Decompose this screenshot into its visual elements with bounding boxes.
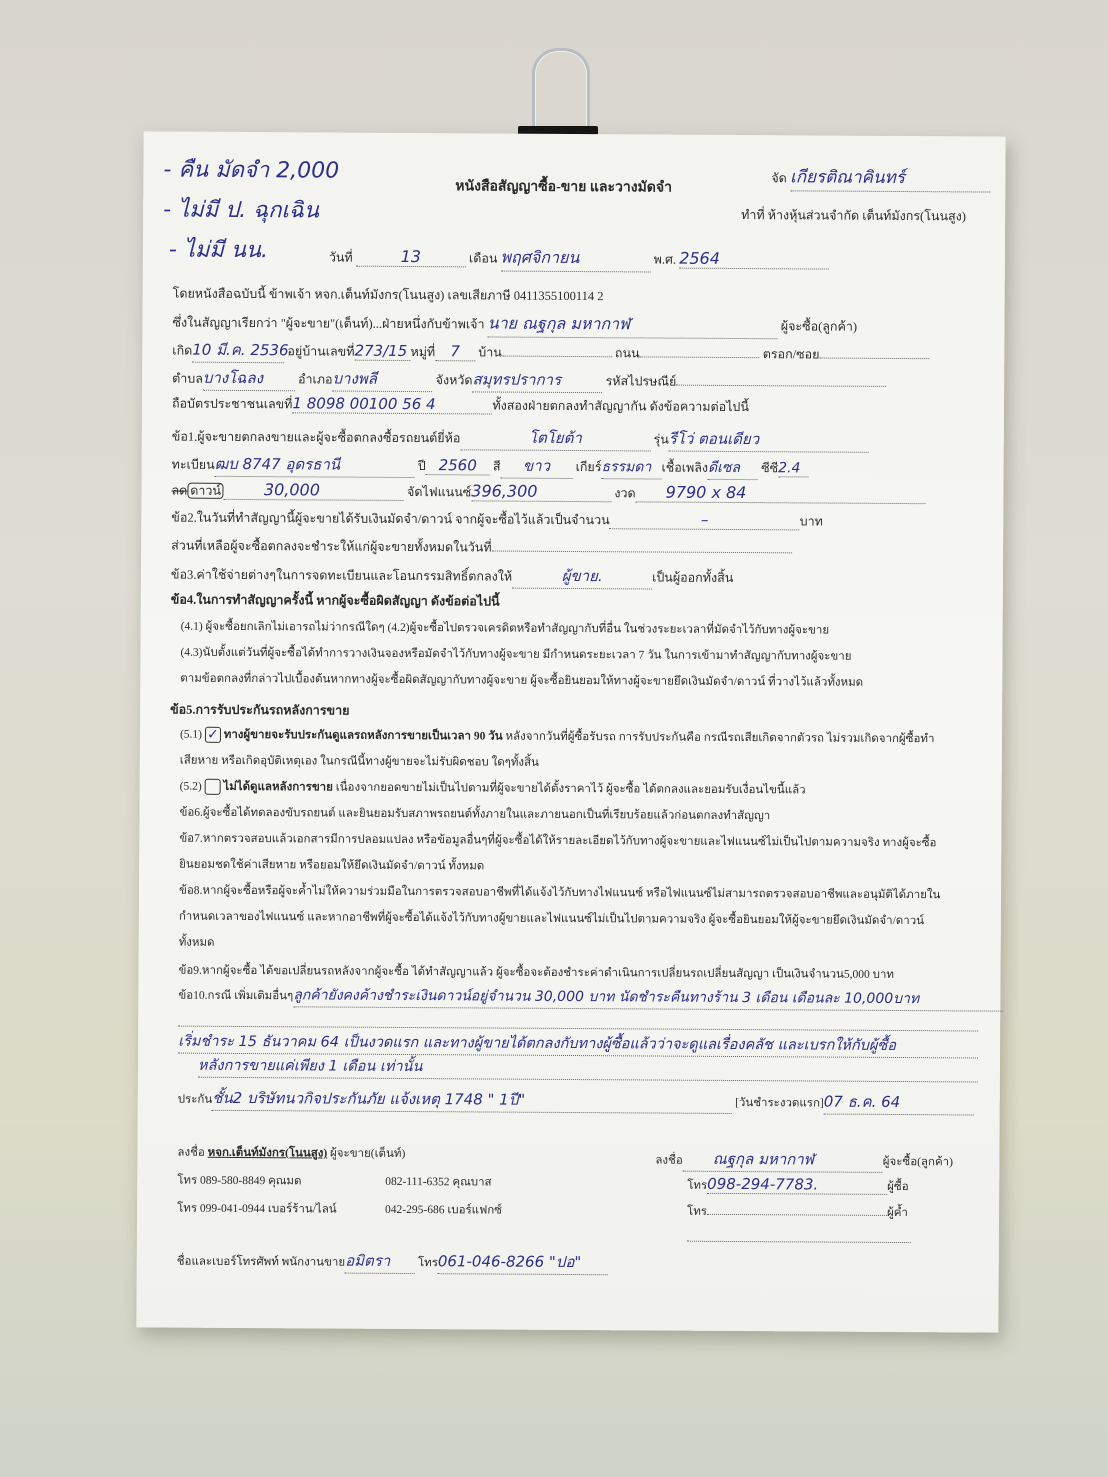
postal-label: รหัสไปรษณีย์ xyxy=(606,374,677,388)
handwritten-note-2: - ไม่มี ป. ฉุกเฉิน xyxy=(163,191,319,227)
day-label: วันที่ xyxy=(329,251,353,265)
village-label: บ้าน xyxy=(478,345,502,359)
seller-sign-label: ลงชื่อ xyxy=(177,1147,204,1159)
no-warranty-checkbox[interactable] xyxy=(205,779,221,795)
model-value: รีโว่ ตอนเดียว xyxy=(669,427,869,453)
opt1-bold-text: ทางผู้ขายจะรับประกันดูแลรถหลังการขายเป็น… xyxy=(224,729,503,743)
document-title: หนังสือสัญญาซื้อ-ขาย และวางมัดจำ xyxy=(455,175,672,198)
color-value: ขาว xyxy=(500,454,572,479)
district-value: บางพลี xyxy=(332,367,432,393)
remaining-text: ส่วนที่เหลือผู้จะซื้อตกลงจะชำระให้แก่ผู้… xyxy=(171,539,492,555)
reg-value: ฒบ 8747 อุดรธานี xyxy=(215,452,415,478)
clause1-line1: ข้อ1.ผู้จะขายตกลงขายและผู้จะซื้อตกลงซื้อ… xyxy=(172,424,869,453)
province-value: สมุทรปราการ xyxy=(472,367,602,393)
reg-label: ทะเบียน xyxy=(172,458,215,472)
opt2-bold-text: ไม่ได้ดูแลหลังการขาย xyxy=(223,781,333,794)
date-row: วันที่ 13 เดือน พฤศจิกายน พ.ศ. 2564 xyxy=(329,245,829,274)
fuel-label: เชื้อเพลิง xyxy=(661,461,708,475)
salesperson-tel-value: 061-046-8266 "ปอ" xyxy=(438,1249,608,1275)
installment-label: งวด xyxy=(614,486,635,500)
guarantor-tel-label: โทร xyxy=(687,1206,707,1218)
first-due-value: 07 ธ.ค. 64 xyxy=(824,1090,974,1116)
house-label: อยู่บ้านเลขที่ xyxy=(287,344,354,358)
clause1-line2: ทะเบียนฒบ 8747 อุดรธานี ปี2560 สีขาว เกี… xyxy=(172,452,809,481)
guarantor-tel-value xyxy=(707,1214,887,1216)
born-label: เกิด xyxy=(172,344,192,358)
seller-label: ซึ่งในสัญญาเรียกว่า "ผู้จะขาย"(เต็นท์)..… xyxy=(172,316,484,332)
clause3-text: ข้อ3.ค่าใช้จ่ายต่างๆในการจดทะเบียนและโอน… xyxy=(171,568,512,584)
brand-value: โตโยต้า xyxy=(460,425,650,451)
buyer-sign-role: ผู้จะซื้อ(ลูกค้า) xyxy=(883,1156,953,1168)
first-due-label: [วันชำระงวดแรก] xyxy=(735,1097,824,1110)
buyer-tel-role: ผู้ซื้อ xyxy=(887,1181,909,1193)
clause5-title: ข้อ5.การรับประกันรถหลังการขาย xyxy=(170,700,349,721)
buyer-role-label: ผู้จะซื้อ(ลูกค้า) xyxy=(781,319,857,333)
buyer-signature: ลงชื่อณฐกุล มหากาฬผู้จะซื้อ(ลูกค้า) xyxy=(655,1147,953,1174)
warranty-option-90-days: (5.1) ✓ ทางผู้ขายจะรับประกันดูแลรถหลังกา… xyxy=(180,726,935,749)
opt1-text: หลังจากวันที่ผู้ซื้อรับรถ การรับประกันคื… xyxy=(503,731,935,746)
clause1-line3: ลดดาวน์30,000 จัดไฟแนนซ์396,300 งวด9790 … xyxy=(171,480,925,506)
salesperson-tel-label: โทร xyxy=(418,1257,438,1269)
clause3-suffix: เป็นผู้ออกทั้งสิ้น xyxy=(652,570,733,584)
clause10-note-3: หลังการขายแค่เพียง 1 เดือน เท่านั้น xyxy=(198,1054,978,1083)
down-payment-value: 30,000 xyxy=(224,480,404,501)
clause4-line: (4.1) ผู้จะซื้อยกเลิกไม่เอารถไม่ว่ากรณีใ… xyxy=(181,618,830,640)
clause6: ข้อ6.ผู้จะซื้อได้ทดลองขับรถยนต์ และยินยอ… xyxy=(179,804,770,826)
id-value: 1 8098 00100 56 4 xyxy=(292,394,492,414)
id-line: ถือบัตรประชาชนเลขที่1 8098 00100 56 4ทั้… xyxy=(172,394,749,418)
color-label: สี xyxy=(493,460,501,474)
down-payment-label: ดาวน์ xyxy=(187,483,224,499)
seller-contact-right-1: 082-111-6352 คุณบาส xyxy=(385,1173,491,1192)
seller-contact-left-2: โทร 099-041-0944 เบอร์ร้าน/ไลน์ xyxy=(177,1200,337,1219)
clause10-note-1: ลูกค้ายังคงค้างชำระเงินดาวน์อยู่จำนวน 30… xyxy=(293,984,1003,1011)
seller-contact-right-2: 042-295-686 เบอร์แฟกซ์ xyxy=(385,1201,502,1220)
clause4-title: ข้อ4.ในการทำสัญญาครั้งนี้ หากผู้จะซื้อผิ… xyxy=(171,590,500,612)
seller-name: หจก.เต็นท์มังกร(โนนสูง) xyxy=(208,1147,328,1160)
installment-value: 9790 x 84 xyxy=(636,482,926,504)
opt1-prefix: (5.1) xyxy=(180,729,202,741)
buyer-sign-value: ณฐกุล มหากาฬ xyxy=(683,1147,883,1173)
buyer-name: นาย ณฐกุล มหากาฬ xyxy=(488,311,778,339)
contract-paper: - คืน มัดจำ 2,000 - ไม่มี ป. ฉุกเฉิน - ไ… xyxy=(136,131,1005,1332)
salesperson-line: ชื่อและเบอร์โทรศัพท์ พนักงานขายอมิตรา โท… xyxy=(177,1248,608,1276)
deposit-value: – xyxy=(610,510,800,530)
guarantor-role: ผู้ค้ำ xyxy=(887,1207,908,1219)
fuel-value: ดีเซล xyxy=(708,457,758,480)
id-suffix: ทั้งสองฝ่ายตกลงทำสัญญากัน ดังข้อความต่อไ… xyxy=(492,399,749,415)
car-year-value: 2560 xyxy=(426,456,490,475)
clause2-line: ข้อ2.ในวันที่ทำสัญญานี้ผู้จะขายได้รับเงิ… xyxy=(171,508,823,532)
car-year-label: ปี xyxy=(418,459,426,473)
prepared-by-field: จัด เกียรติณาคินทร์ xyxy=(771,163,990,192)
moo-value: 7 xyxy=(435,342,475,361)
buyer-phone: โทร098-294-7783.ผู้ซื้อ xyxy=(687,1175,909,1196)
subdistrict-label: ตำบล xyxy=(172,372,203,386)
clause4-line: ตามข้อตกลงที่กล่าวไปเบื้องต้นหากทางผู้จะ… xyxy=(180,670,863,692)
subdistrict-value: บางโฉลง xyxy=(203,366,295,392)
road-label: ถนน xyxy=(615,346,640,360)
month-value: พฤศจิกายน xyxy=(500,246,650,273)
clause2-text: ข้อ2.ในวันที่ทำสัญญานี้ผู้จะขายได้รับเงิ… xyxy=(171,511,609,528)
fee-payer-value: ผู้ขาย. xyxy=(512,564,652,590)
handwritten-note-3: - ไม่มี นน. xyxy=(169,232,268,268)
clause8-line: ข้อ8.หากผู้จะซื้อหรือผู้จะค้ำไม่ให้ความร… xyxy=(179,882,940,905)
gear-value: ธรรมดา xyxy=(601,456,661,479)
cc-label: ซีซี xyxy=(761,461,778,475)
buyer-sign-label: ลงชื่อ xyxy=(655,1155,682,1167)
buyer-tel-value: 098-294-7783. xyxy=(707,1175,887,1195)
seller-signature: ลงชื่อ หจก.เต็นท์มังกร(โนนสูง) ผู้จะขาย(… xyxy=(177,1144,405,1163)
warranty-90-days-checkbox[interactable]: ✓ xyxy=(205,727,221,743)
house-value: 273/15 xyxy=(354,342,410,361)
insurance-label: ประกัน xyxy=(178,1094,213,1106)
place-label: ทำที่ ห้างหุ้นส่วนจำกัด เต็นท์มังกร(โนนส… xyxy=(741,205,966,226)
finance-label: จัดไฟแนนซ์ xyxy=(407,485,471,499)
clause9: ข้อ9.หากผู้จะซื้อ ได้ขอเปลี่ยนรถหลังจากผ… xyxy=(178,962,894,984)
district-label: อำเภอ xyxy=(298,372,333,386)
district-line: ตำบลบางโฉลง อำเภอบางพลี จังหวัดสมุทรปราก… xyxy=(172,366,886,395)
insurance-value: ชั้น2 บริษัทนวกิจประกันภัย แจ้งเหตุ 1748… xyxy=(212,1086,732,1114)
warranty-option-none: (5.2) ไม่ได้ดูแลหลังการขาย เนื่องจากยอดข… xyxy=(180,778,806,800)
clause10-label: ข้อ10.กรณี เพิ่มเติมอื่นๆ xyxy=(178,990,293,1003)
cc-value: 2.4 xyxy=(778,460,808,477)
opt2-prefix: (5.2) xyxy=(180,781,202,793)
opt2-text: เนื่องจากยอดขายไม่เป็นไปตามที่ผู้จะขายได… xyxy=(333,782,806,797)
clause7-line: ยินยอมชดใช้ค่าเสียหาย หรือยอมให้ยึดเงินม… xyxy=(179,856,484,876)
clause10-line1: ข้อ10.กรณี เพิ่มเติมอื่นๆลูกค้ายังคงค้าง… xyxy=(178,984,1003,1012)
clause3-line: ข้อ3.ค่าใช้จ่ายต่างๆในการจดทะเบียนและโอน… xyxy=(171,562,734,590)
born-value: 10 มี.ค. 2536 xyxy=(192,338,284,364)
model-label: รุ่น xyxy=(653,432,668,446)
clause7-line: ข้อ7.หากตรวจสอบแล้วเอกสารมีการปลอมแปลง ห… xyxy=(179,830,936,853)
moo-label: หมู่ที่ xyxy=(410,345,435,359)
discount-label-struck: ลด xyxy=(171,484,187,498)
clause8-line: ทั้งหมด xyxy=(179,934,215,952)
opt1-continuation: เสียหาย หรือเกิดอุบัติเหตุเอง ในกรณีนี้ท… xyxy=(180,752,539,772)
prepared-by-value: เกียรติณาคินทร์ xyxy=(790,163,990,192)
extra-signature-line xyxy=(687,1241,911,1243)
intro-line: โดยหนังสือฉบับนี้ ข้าพเจ้า หจก.เต็นท์มัง… xyxy=(173,284,604,307)
province-label: จังหวัด xyxy=(436,373,473,387)
buyer-tel-label: โทร xyxy=(687,1180,707,1192)
handwritten-note-1: - คืน มัดจำ 2,000 xyxy=(163,152,339,188)
clause4-line: (4.3)นับตั้งแต่วันที่ผู้จะซื้อได้ทำการวา… xyxy=(180,644,851,666)
day-value: 13 xyxy=(356,247,466,268)
seller-role: ผู้จะขาย(เต็นท์) xyxy=(330,1148,405,1160)
deposit-unit: บาท xyxy=(800,514,823,528)
insurance-line: ประกันชั้น2 บริษัทนวกิจประกันภัย แจ้งเหต… xyxy=(178,1086,974,1116)
id-label: ถือบัตรประชาชนเลขที่ xyxy=(172,397,293,412)
clause8-line: กำหนดเวลาของไฟแนนซ์ และหากอาชีพที่ผู้จะซ… xyxy=(179,908,924,931)
address-line: เกิด10 มี.ค. 2536 อยู่บ้านเลขที่273/15หม… xyxy=(172,338,929,368)
month-label: เดือน xyxy=(469,251,498,265)
guarantor-phone: โทรผู้ค้ำ xyxy=(687,1203,908,1222)
year-value: 2564 xyxy=(679,249,829,270)
buyer-line: ซึ่งในสัญญาเรียกว่า "ผู้จะขาย"(เต็นท์)..… xyxy=(172,310,857,340)
alley-label: ตรอก/ซอย xyxy=(763,347,820,361)
gear-label: เกียร์ xyxy=(576,460,602,474)
finance-value: 396,300 xyxy=(471,481,611,502)
prepared-by-label: จัด xyxy=(771,171,787,185)
clause2-remaining-line: ส่วนที่เหลือผู้จะซื้อตกลงจะชำระให้แก่ผู้… xyxy=(171,536,792,560)
salesperson-label: ชื่อและเบอร์โทรศัพท์ พนักงานขาย xyxy=(177,1256,345,1269)
clause1-label: ข้อ1.ผู้จะขายตกลงขายและผู้จะซื้อตกลงซื้อ… xyxy=(172,430,461,446)
year-label: พ.ศ. xyxy=(654,252,677,266)
seller-contact-left-1: โทร 089-580-8849 คุณมด xyxy=(177,1172,301,1191)
salesperson-name: อมิตรา xyxy=(345,1249,415,1274)
